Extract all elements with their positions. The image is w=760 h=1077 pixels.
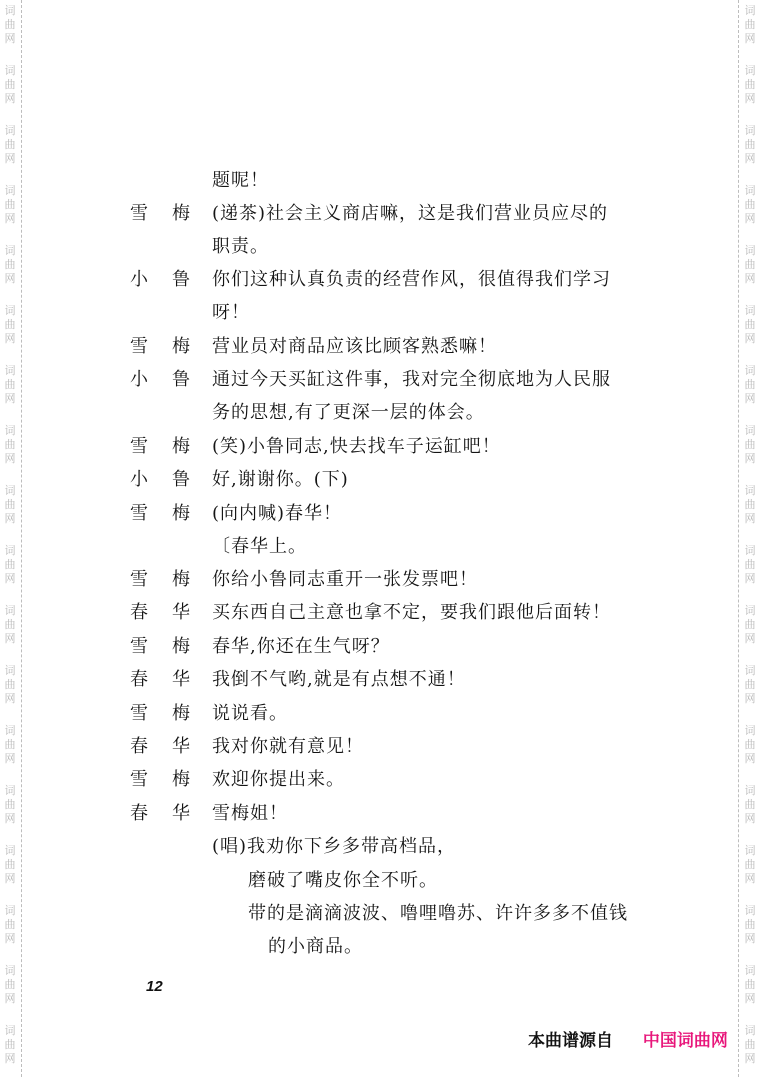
page-number: 12 <box>146 978 163 995</box>
speaker-char-2: 华 <box>172 732 190 762</box>
speaker-char-2: 梅 <box>172 332 190 362</box>
speaker-char-1: 雪 <box>130 765 148 795</box>
source-credit-label: 本曲谱源自 <box>528 1031 613 1051</box>
dialogue-text: 的小商品。 <box>268 932 363 962</box>
dialogue-text: 营业员对商品应该比顾客熟悉嘛！ <box>212 332 497 362</box>
dialogue-text: 磨破了嘴皮你全不听。 <box>248 866 438 896</box>
script-page: 题呢！雪梅(递茶)社会主义商店嘛，这是我们营业员应尽的职责。小鲁你们这种认真负责… <box>0 0 760 1077</box>
dialogue-text: (唱)我劝你下乡多带高档品， <box>212 832 456 862</box>
dialogue-text: 题呢！ <box>212 166 269 196</box>
speaker-char-2: 华 <box>172 598 190 628</box>
dialogue-text: 你们这种认真负责的经营作风，很值得我们学习 <box>212 265 611 295</box>
speaker-char-2: 鲁 <box>172 365 190 395</box>
speaker-char-2: 梅 <box>172 632 190 662</box>
speaker-char-1: 雪 <box>130 332 148 362</box>
dialogue-text: 欢迎你提出来。 <box>212 765 345 795</box>
dialogue-text: 我对你就有意见！ <box>212 732 364 762</box>
dialogue-text: 呀！ <box>212 298 250 328</box>
speaker-char-1: 雪 <box>130 565 148 595</box>
dialogue-text: 你给小鲁同志重开一张发票吧！ <box>212 565 478 595</box>
speaker-char-2: 鲁 <box>172 465 190 495</box>
source-credit-site-link[interactable]: 中国词曲网 <box>643 1031 728 1051</box>
dialogue-text: (递茶)社会主义商店嘛，这是我们营业员应尽的 <box>212 199 608 229</box>
speaker-char-2: 梅 <box>172 432 190 462</box>
speaker-char-1: 雪 <box>130 632 148 662</box>
dialogue-text: 买东西自己主意也拿不定，要我们跟他后面转！ <box>212 598 611 628</box>
speaker-char-1: 小 <box>130 265 148 295</box>
speaker-char-2: 梅 <box>172 199 190 229</box>
speaker-char-2: 梅 <box>172 565 190 595</box>
speaker-char-1: 雪 <box>130 199 148 229</box>
dialogue-text: 带的是滴滴波波、噜哩噜苏、许许多多不值钱 <box>248 899 628 929</box>
dialogue-text: (向内喊)春华！ <box>212 499 342 529</box>
speaker-char-2: 梅 <box>172 765 190 795</box>
speaker-char-2: 鲁 <box>172 265 190 295</box>
speaker-char-2: 梅 <box>172 699 190 729</box>
source-credit: 本曲谱源自 中国词曲网 <box>528 1026 728 1051</box>
dialogue-text: 雪梅姐！ <box>212 799 288 829</box>
speaker-char-1: 雪 <box>130 499 148 529</box>
speaker-char-2: 华 <box>172 665 190 695</box>
dialogue-text: 说说看。 <box>212 699 288 729</box>
speaker-char-2: 梅 <box>172 499 190 529</box>
dialogue-text: 通过今天买缸这件事，我对完全彻底地为人民服 <box>212 365 611 395</box>
dialogue-text: 我倒不气哟,就是有点想不通！ <box>212 665 466 695</box>
speaker-char-1: 小 <box>130 365 148 395</box>
speaker-char-2: 华 <box>172 799 190 829</box>
speaker-char-1: 春 <box>130 598 148 628</box>
speaker-char-1: 春 <box>130 799 148 829</box>
dialogue-text: 好,谢谢你。(下) <box>212 465 349 495</box>
speaker-char-1: 小 <box>130 465 148 495</box>
dialogue-text: 春华,你还在生气呀？ <box>212 632 390 662</box>
speaker-char-1: 雪 <box>130 699 148 729</box>
speaker-char-1: 春 <box>130 732 148 762</box>
speaker-char-1: 雪 <box>130 432 148 462</box>
dialogue-text: (笑)小鲁同志,快去找车子运缸吧！ <box>212 432 501 462</box>
dialogue-text: 务的思想,有了更深一层的体会。 <box>212 398 485 428</box>
speaker-char-1: 春 <box>130 665 148 695</box>
dialogue-text: 〔春华上。 <box>212 532 307 562</box>
dialogue-text: 职责。 <box>212 232 269 262</box>
